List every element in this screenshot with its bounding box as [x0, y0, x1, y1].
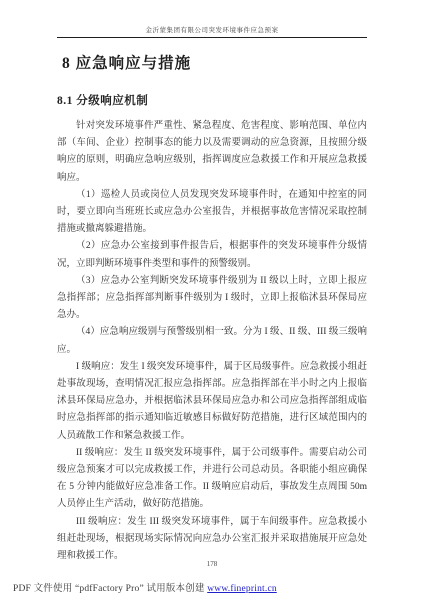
section-title: 8.1 分级响应机制: [57, 94, 367, 109]
header-running-title: 金沂蒙集团有限公司突发环境事件应急预案: [57, 26, 367, 35]
paragraph-step-1: （1）巡检人员或岗位人员发现突发环境事件时，在通知中控室的同时，要立即向当班班长…: [57, 187, 367, 239]
page-header: 金沂蒙集团有限公司突发环境事件应急预案: [57, 0, 367, 38]
paragraph-level-3: III 级响应：发生 III 级突发环境事件，属于车间级事件。应急救援小组赶赴现…: [57, 514, 367, 566]
paragraph-step-3: （3）应急办公室判断突发环境事件级别为 II 级以上时，立即上报应急指挥部；应急…: [57, 273, 367, 325]
pdf-trial-footer: PDF 文件使用 “pdfFactory Pro” 试用版本创建 www.fin…: [13, 580, 277, 594]
paragraph-level-1: I 级响应：发生 I 级突发环境事件，属于区局级事件。应急救援小组赶赴事故现场，…: [57, 359, 367, 445]
document-page: 金沂蒙集团有限公司突发环境事件应急预案 8 应急响应与措施 8.1 分级响应机制…: [0, 0, 424, 600]
chapter-title: 8 应急响应与措施: [62, 53, 367, 74]
page-number: 178: [0, 560, 424, 568]
paragraph-intro: 针对突发环境事件严重性、紧急程度、危害程度、影响范围、单位内部（车间、企业）控制…: [57, 118, 367, 187]
pdf-trial-text: PDF 文件使用 “pdfFactory Pro” 试用版本创建: [13, 584, 207, 594]
paragraph-level-2: II 级响应：发生 II 级突发环境事件，属于公司级事件。需要启动公司级应急预案…: [57, 445, 367, 514]
paragraph-step-2: （2）应急办公室接到事件报告后，根据事件的突发环境事件分级情况，立即判断环境事件…: [57, 238, 367, 272]
fineprint-link[interactable]: www.fineprint.cn: [207, 584, 277, 594]
header-divider: [57, 37, 367, 38]
paragraph-step-4: （4）应急响应级别与预警级别相一致。分为 I 级、II 级、III 级三级响应。: [57, 324, 367, 358]
body-text: 针对突发环境事件严重性、紧急程度、危害程度、影响范围、单位内部（车间、企业）控制…: [57, 118, 367, 565]
